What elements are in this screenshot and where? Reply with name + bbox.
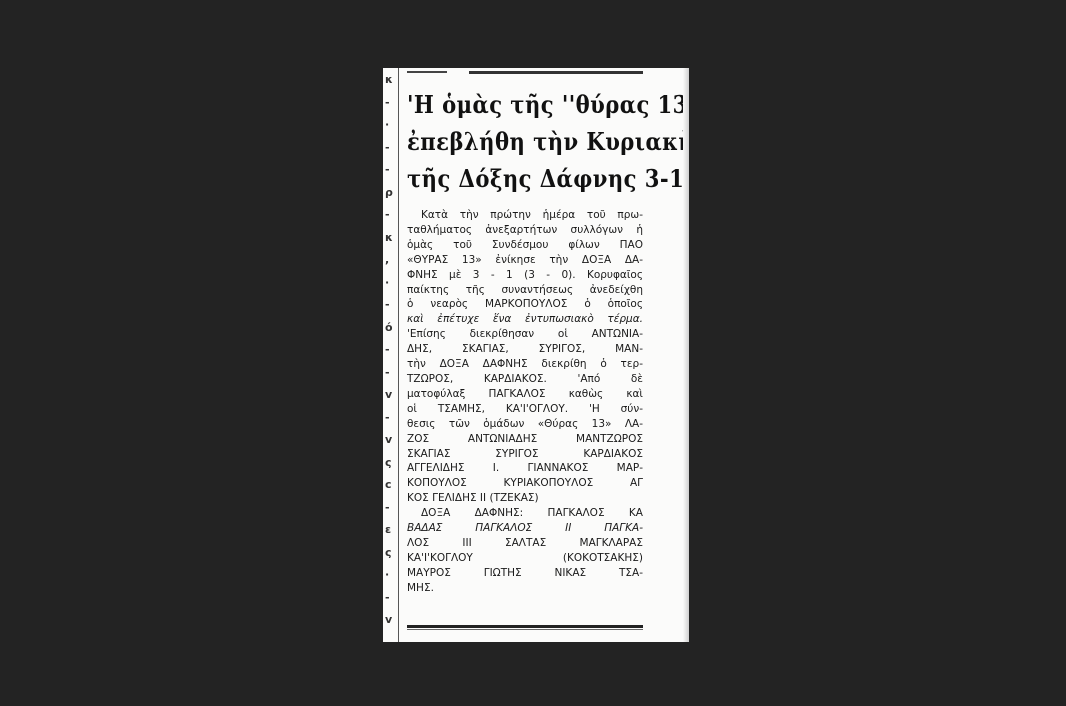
article-text-line: ὁ νεαρὸς ΜΑΡΚΟΠΟΥΛΟΣ ὁ ὁποῖος xyxy=(407,297,643,312)
gutter-fragment: ς xyxy=(385,457,392,468)
headline-line: ἐπεβλήθη τὴν Κυριακὴ xyxy=(407,123,645,160)
gutter-fragment: · xyxy=(385,119,389,130)
article-text-line: ΛΟΣ ΙΙΙ ΣΑΛΤΑΣ ΜΑΓΚΛΑΡΑΣ xyxy=(407,536,643,551)
gutter-fragment: - xyxy=(385,502,390,513)
article-text-line: Κατὰ τὴν πρώτην ἡμέρα τοῦ πρω- xyxy=(407,208,643,223)
article-text-line: ΜΗΣ. xyxy=(407,581,643,596)
gutter-fragment: ό xyxy=(385,322,393,333)
gutter-fragment: ρ xyxy=(385,187,393,198)
end-rule-thin xyxy=(407,629,643,630)
article-text-line: ΚΑ'Ι'ΚΟΓΛΟΥ (ΚΟΚΟΤΣΑΚΗΣ) xyxy=(407,551,643,566)
gutter-fragment: ε xyxy=(385,524,391,535)
end-rule xyxy=(407,625,643,628)
article-text-line: καὶ ἐπέτυχε ἕνα ἐντυπωσιακὸ τέρμα. xyxy=(407,312,643,327)
gutter-fragment: - xyxy=(385,367,390,378)
article-text-line: ΔΟΞΑ ΔΑΦΝΗΣ: ΠΑΓΚΑΛΟΣ ΚΑ xyxy=(407,506,643,521)
article-text-line: ταθλήματος ἀνεξαρτήτων συλλόγων ἡ xyxy=(407,223,643,238)
gutter-fragment: κ xyxy=(385,232,393,243)
gutter-fragment: c xyxy=(385,479,392,490)
article-text-line: ΤΖΩΡΟΣ, ΚΑΡΔΙΑΚΟΣ. 'Από δὲ xyxy=(407,372,643,387)
article-text-line: 'Επίσης διεκρίθησαν οἱ ΑΝΤΩΝΙΑ- xyxy=(407,327,643,342)
gutter-fragment: · xyxy=(385,569,389,580)
top-rule-left xyxy=(407,71,447,73)
headline-line: 'Η ὁμὰς τῆς ''θύρας 13,, xyxy=(407,86,645,123)
article-text-line: οἱ ΤΣΑΜΗΣ, ΚΑ'Ι'ΟΓΛΟΥ. 'Η σύν- xyxy=(407,402,643,417)
scan-edge-shadow xyxy=(683,68,689,642)
article-text-line: παίκτης τῆς συναντήσεως ἀνεδείχθη xyxy=(407,283,643,298)
article-text-line: ΖΟΣ ΑΝΤΩΝΙΑΔΗΣ ΜΑΝΤΖΩΡΟΣ xyxy=(407,432,643,447)
article-text-line: ΔΗΣ, ΣΚΑΓΙΑΣ, ΣΥΡΙΓΟΣ, ΜΑΝ- xyxy=(407,342,643,357)
gutter-fragment: · xyxy=(385,277,389,288)
gutter-fragment: κ xyxy=(385,74,393,85)
article-text-line: ΑΓΓΕΛΙΔΗΣ Ι. ΓΙΑΝΝΑΚΟΣ ΜΑΡ- xyxy=(407,461,643,476)
article-text-line: ΣΚΑΓΙΑΣ ΣΥΡΙΓΟΣ ΚΑΡΔΙΑΚΟΣ xyxy=(407,447,643,462)
gutter-fragment: - xyxy=(385,97,390,108)
article-text-line: ματοφύλαξ ΠΑΓΚΑΛΟΣ καθὼς καὶ xyxy=(407,387,643,402)
gutter-fragment: - xyxy=(385,592,390,603)
article-text-line: ΒΑΔΑΣ ΠΑΓΚΑΛΟΣ ΙΙ ΠΑΓΚΑ- xyxy=(407,521,643,536)
adjacent-column-fragments: κ-·--ρ-κ,·-ό--v-vςc-ες·-v xyxy=(383,68,397,642)
gutter-fragment: ς xyxy=(385,547,392,558)
gutter-fragment: - xyxy=(385,164,390,175)
gutter-fragment: - xyxy=(385,412,390,423)
gutter-fragment: , xyxy=(385,254,389,265)
article-text-line: ὁμὰς τοῦ Συνδέσμου φίλων ΠΑΟ xyxy=(407,238,643,253)
article-text-line: ΜΑΥΡΟΣ ΓΙΩΤΗΣ ΝΙΚΑΣ ΤΣΑ- xyxy=(407,566,643,581)
gutter-fragment: - xyxy=(385,344,390,355)
gutter-fragment: - xyxy=(385,209,390,220)
article-text-line: τὴν ΔΟΞΑ ΔΑΦΝΗΣ διεκρίθη ὁ τερ- xyxy=(407,357,643,372)
article-text-line: «ΘΥΡΑΣ 13» ἐνίκησε τὴν ΔΟΞΑ ΔΑ- xyxy=(407,253,643,268)
gutter-fragment: - xyxy=(385,299,390,310)
newspaper-clipping: κ-·--ρ-κ,·-ό--v-vςc-ες·-v 'Η ὁμὰς τῆς ''… xyxy=(383,68,689,642)
article-text-line: ΚΟΣ ΓΕΛΙΔΗΣ ΙΙ (ΤΖΕΚΑΣ) xyxy=(407,491,643,506)
gutter-fragment: v xyxy=(385,434,392,445)
top-rule-right xyxy=(469,71,643,74)
gutter-fragment: v xyxy=(385,614,392,625)
article-text-line: θεσις τῶν ὁμάδων «Θύρας 13» ΛΑ- xyxy=(407,417,643,432)
article-body: Κατὰ τὴν πρώτην ἡμέρα τοῦ πρω-ταθλήματος… xyxy=(407,208,643,596)
article-text-line: ΚΟΠΟΥΛΟΣ ΚΥΡΙΑΚΟΠΟΥΛΟΣ ΑΓ xyxy=(407,476,643,491)
gutter-fragment: v xyxy=(385,389,392,400)
gutter-fragment: - xyxy=(385,142,390,153)
column-divider xyxy=(398,68,399,642)
article-text-line: ΦΝΗΣ μὲ 3 - 1 (3 - 0). Κορυφαῖος xyxy=(407,268,643,283)
article-headline: 'Η ὁμὰς τῆς ''θύρας 13,,ἐπεβλήθη τὴν Κυρ… xyxy=(407,86,645,197)
headline-line: τῆς Δόξης Δάφνης 3-1 xyxy=(407,160,645,197)
